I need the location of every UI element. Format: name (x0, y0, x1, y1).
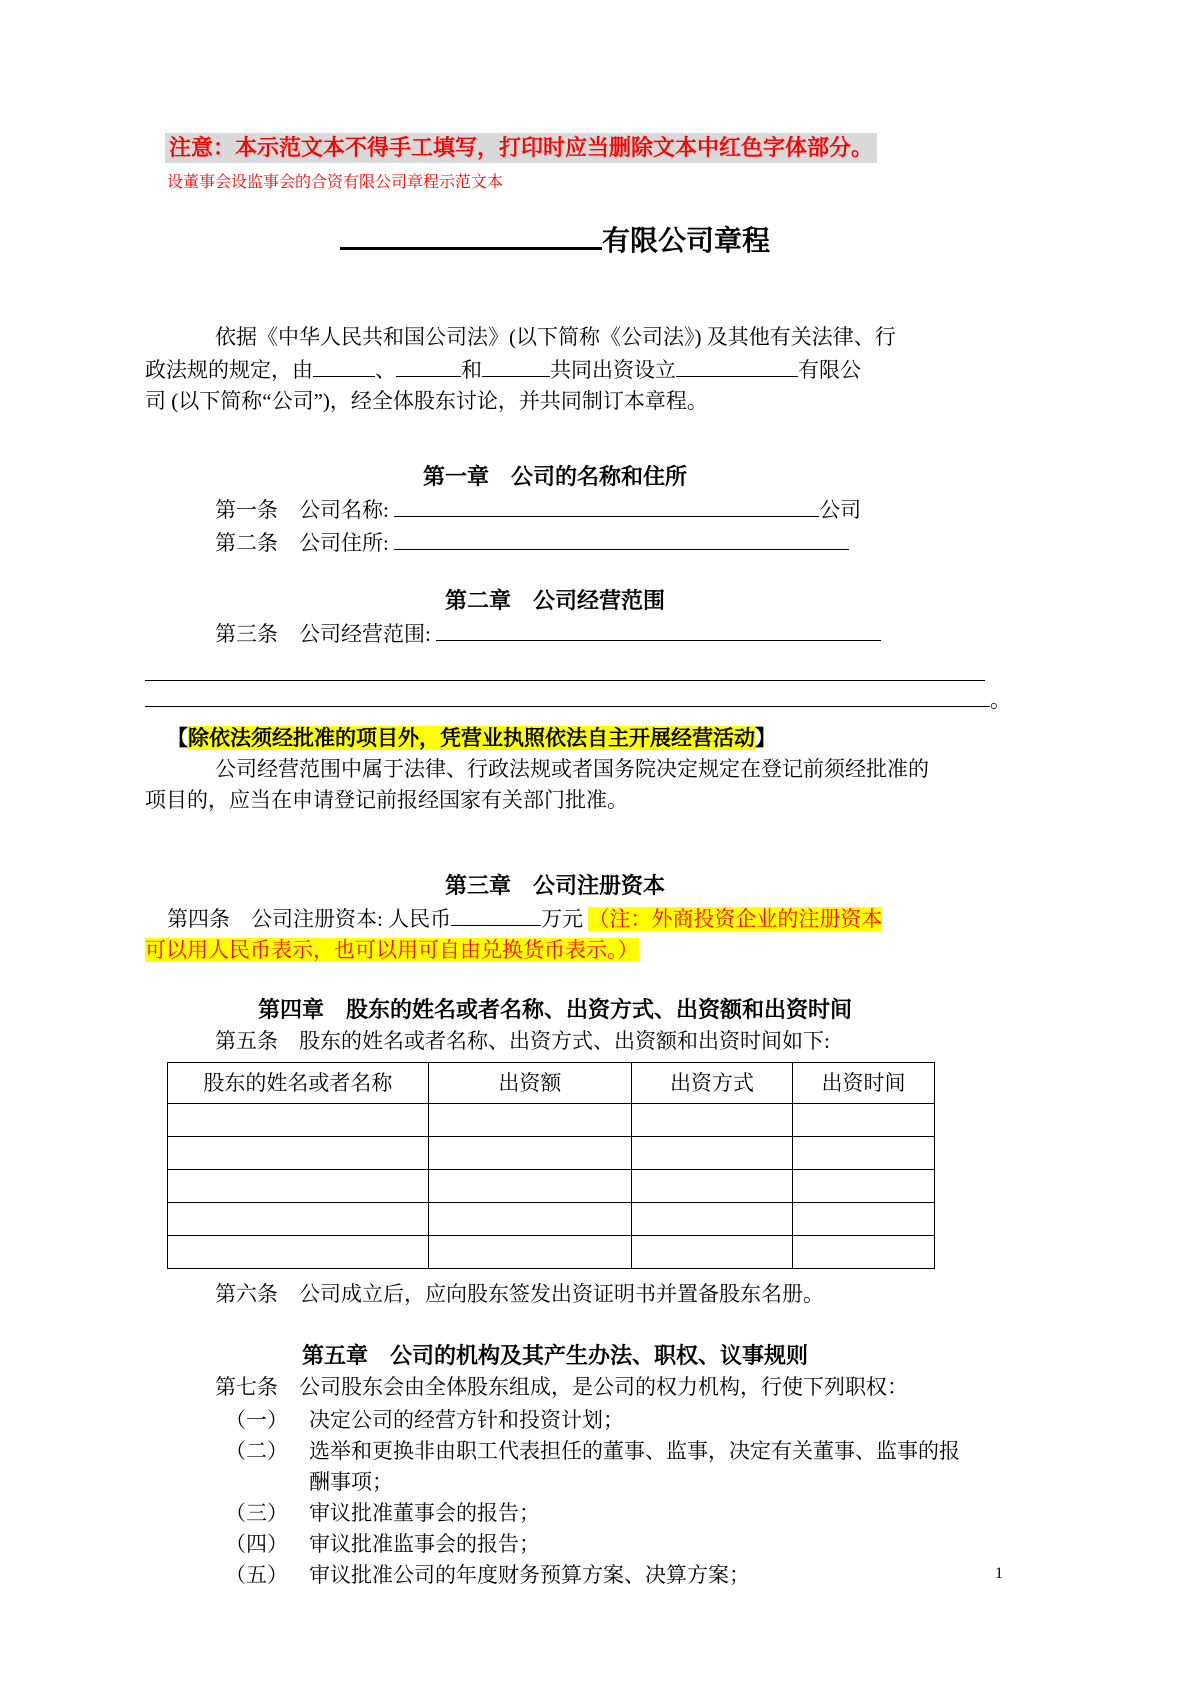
highlighted-scope-text: 除依法须经批准的项目外，凭营业执照依法自主开展经营活动 (188, 726, 755, 750)
list-item-number: （一） (225, 1405, 309, 1436)
blank-underline (145, 681, 990, 707)
shareholder-table: 股东的姓名或者名称 出资额 出资方式 出资时间 (167, 1062, 935, 1269)
list-item-text: 审议批准董事会的报告； (309, 1498, 965, 1529)
article-3: 第三条 公司经营范围: (145, 617, 965, 650)
article-1: 第一条 公司名称: 公司 (145, 493, 965, 526)
business-scope-blank-line-1 (145, 650, 985, 681)
table-row (168, 1137, 935, 1170)
article1-blank (394, 493, 819, 517)
table-header-contribution-method: 出资方式 (632, 1063, 793, 1104)
chapter4-heading: 第四章 股东的姓名或者名称、出资方式、出资额和出资时间 (145, 994, 965, 1026)
table-header-contribution-time: 出资时间 (793, 1063, 935, 1104)
investor-blank-1 (313, 353, 375, 377)
article-4: 第四条 公司注册资本: 人民币万元 （注：外商投资企业的注册资本 (145, 902, 965, 935)
capital-note-line-2: 可以用人民币表示，也可以用可自由兑换货币表示。） (145, 938, 639, 962)
article-5: 第五条 股东的姓名或者名称、出资方式、出资额和出资时间如下: (145, 1026, 965, 1057)
list-item: （一） 决定公司的经营方针和投资计划； (225, 1405, 965, 1436)
list-item: （四） 审议批准监事会的报告； (225, 1529, 965, 1560)
table-cell (428, 1137, 631, 1170)
investor-blank-3 (482, 353, 550, 377)
list-item-number: （三） (225, 1498, 309, 1529)
table-cell (428, 1203, 631, 1236)
table-row (168, 1236, 935, 1269)
company-blank (676, 353, 798, 377)
document-title-text: 有限公司章程 (602, 226, 770, 257)
warning-banner: 注意：本示范文本不得手工填写，打印时应当删除文本中红色字体部分。 (165, 133, 877, 163)
table-cell (793, 1170, 935, 1203)
list-item-text: 决定公司的经营方针和投资计划； (309, 1405, 965, 1436)
chapter5-heading: 第五章 公司的机构及其产生办法、职权、议事规则 (145, 1340, 965, 1372)
table-header-contribution-amount: 出资额 (428, 1063, 631, 1104)
list-item-text: 审议批准公司的年度财务预算方案、决算方案； (309, 1560, 965, 1591)
shareholder-powers-list: （一） 决定公司的经营方针和投资计划； （二） 选举和更换非由职工代表担任的董事… (145, 1405, 965, 1591)
list-item-number: （二） (225, 1436, 309, 1498)
table-cell (168, 1236, 429, 1269)
template-subtitle: 设董事会设监事会的合资有限公司章程示范文本 (167, 172, 965, 194)
chapter1-heading: 第一章 公司的名称和住所 (145, 461, 965, 493)
list-item: （五） 审议批准公司的年度财务预算方案、决算方案； (225, 1560, 965, 1591)
table-row (168, 1104, 935, 1137)
article-7: 第七条 公司股东会由全体股东组成，是公司的权力机构，行使下列职权： (145, 1372, 965, 1403)
list-item: （二） 选举和更换非由职工代表担任的董事、监事，决定有关董事、监事的报酬事项； (225, 1436, 965, 1498)
table-cell (632, 1203, 793, 1236)
document-title: 有限公司章程 (145, 220, 965, 262)
list-item-text: 选举和更换非由职工代表担任的董事、监事，决定有关董事、监事的报酬事项； (309, 1436, 965, 1498)
table-row (168, 1170, 935, 1203)
intro-paragraph: 依据《中华人民共和国公司法》(以下简称《公司法》) 及其他有关法律、行 政法规的… (145, 322, 965, 417)
table-header-shareholder-name: 股东的姓名或者名称 (168, 1063, 429, 1104)
table-cell (793, 1203, 935, 1236)
article3-blank (436, 617, 881, 641)
list-item-text: 审议批准监事会的报告； (309, 1529, 965, 1560)
list-item: （三） 审议批准董事会的报告； (225, 1498, 965, 1529)
article-2: 第二条 公司住所: (145, 526, 965, 559)
list-item-number: （五） (225, 1560, 309, 1591)
table-cell (168, 1137, 429, 1170)
table-cell (793, 1104, 935, 1137)
table-cell (793, 1236, 935, 1269)
page-number: 1 (995, 1558, 1003, 1589)
bracket-open: 【 (167, 726, 188, 750)
table-cell (168, 1203, 429, 1236)
table-cell (632, 1170, 793, 1203)
table-cell (793, 1137, 935, 1170)
table-cell (168, 1170, 429, 1203)
intro-line-2: 政法规的规定，由、和共同出资设立有限公 (145, 353, 965, 386)
table-cell (168, 1104, 429, 1137)
table-cell (632, 1137, 793, 1170)
capital-note-line-1: （注：外商投资企业的注册资本 (588, 907, 882, 931)
investor-blank-2 (396, 353, 461, 377)
table-header-row: 股东的姓名或者名称 出资额 出资方式 出资时间 (168, 1063, 935, 1104)
article-6: 第六条 公司成立后，应向股东签发出资证明书并置备股东名册。 (145, 1279, 965, 1310)
chapter2-heading: 第二章 公司经营范围 (145, 585, 965, 617)
table-cell (428, 1104, 631, 1137)
table-cell (632, 1236, 793, 1269)
table-cell (632, 1104, 793, 1137)
article2-blank (394, 526, 849, 550)
list-item-number: （四） (225, 1529, 309, 1560)
intro-line-1: 依据《中华人民共和国公司法》(以下简称《公司法》) 及其他有关法律、行 (145, 322, 965, 353)
company-name-blank (340, 220, 602, 250)
business-scope-bracket: 【除依法须经批准的项目外，凭营业执照依法自主开展经营活动】 (145, 723, 965, 754)
business-scope-blank-line-2: 。 (145, 681, 965, 717)
capital-note-row-2: 可以用人民币表示，也可以用可自由兑换货币表示。） (145, 935, 965, 966)
chapter3-heading: 第三章 公司注册资本 (145, 870, 965, 902)
table-row (168, 1203, 935, 1236)
table-cell (428, 1170, 631, 1203)
intro-line-3: 司 (以下简称“公司”)，经全体股东讨论，并共同制订本章程。 (145, 386, 965, 417)
approval-line-1: 公司经营范围中属于法律、行政法规或者国务院决定规定在登记前须经批准的 (145, 754, 965, 785)
document-page: 注意：本示范文本不得手工填写，打印时应当删除文本中红色字体部分。 设董事会设监事… (0, 0, 1190, 1683)
approval-paragraph: 公司经营范围中属于法律、行政法规或者国务院决定规定在登记前须经批准的 项目的，应… (145, 754, 965, 816)
bracket-close: 】 (755, 726, 776, 750)
table-cell (428, 1236, 631, 1269)
capital-amount-blank (451, 902, 541, 926)
notice-section: 注意：本示范文本不得手工填写，打印时应当删除文本中红色字体部分。 设董事会设监事… (145, 133, 965, 194)
approval-line-2: 项目的，应当在申请登记前报经国家有关部门批准。 (145, 785, 965, 816)
